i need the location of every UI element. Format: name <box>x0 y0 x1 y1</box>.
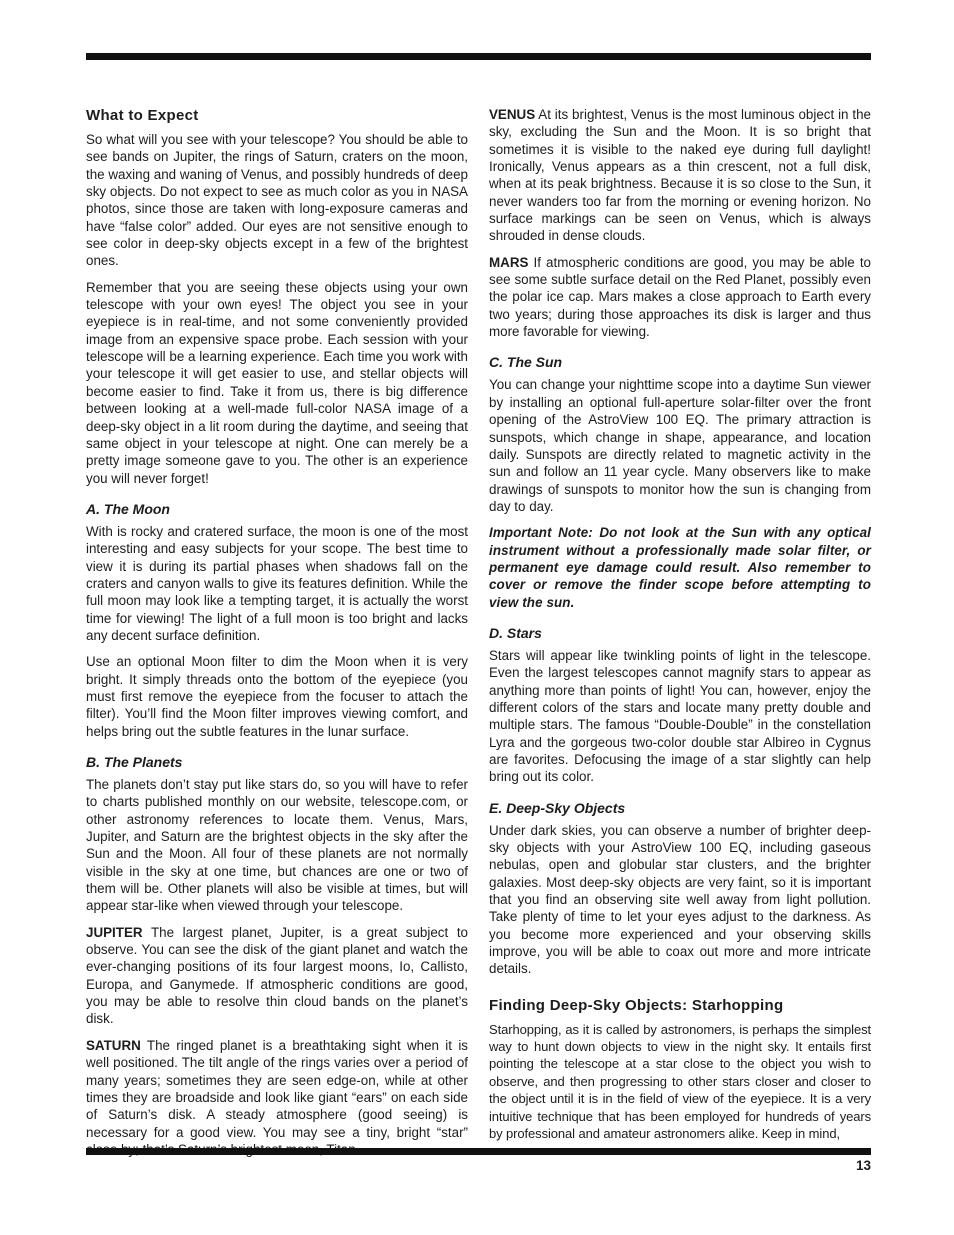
paragraph-jupiter: JUPITER The largest planet, Jupiter, is … <box>86 924 468 1028</box>
jupiter-lead-label: JUPITER <box>86 925 143 940</box>
paragraph-important-note: Important Note: Do not look at the Sun w… <box>489 524 871 611</box>
saturn-text: The ringed planet is a breathtaking sigh… <box>86 1038 468 1157</box>
left-column: What to Expect So what will you see with… <box>86 106 468 1167</box>
page-content: What to Expect So what will you see with… <box>86 106 871 1167</box>
paragraph-moon-1: With is rocky and cratered surface, the … <box>86 523 468 644</box>
top-rule <box>86 53 871 60</box>
heading-starhopping: Finding Deep-Sky Objects: Starhopping <box>489 996 871 1015</box>
paragraph-planets: The planets don’t stay put like stars do… <box>86 776 468 915</box>
page-number: 13 <box>856 1158 871 1173</box>
venus-text: At its brightest, Venus is the most lumi… <box>489 107 871 243</box>
heading-the-sun: C. The Sun <box>489 353 871 371</box>
heading-what-to-expect: What to Expect <box>86 106 468 125</box>
manual-page: What to Expect So what will you see with… <box>0 0 954 1235</box>
paragraph-moon-2: Use an optional Moon filter to dim the M… <box>86 653 468 740</box>
paragraph-mars: MARS If atmospheric conditions are good,… <box>489 254 871 341</box>
paragraph-saturn: SATURN The ringed planet is a breathtaki… <box>86 1037 468 1158</box>
paragraph-deep-sky: Under dark skies, you can observe a numb… <box>489 822 871 978</box>
heading-the-moon: A. The Moon <box>86 500 468 518</box>
mars-lead-label: MARS <box>489 255 528 270</box>
heading-deep-sky-objects: E. Deep-Sky Objects <box>489 799 871 817</box>
right-column: VENUS At its brightest, Venus is the mos… <box>489 106 871 1167</box>
paragraph-expect-1: So what will you see with your telescope… <box>86 131 468 270</box>
venus-lead-label: VENUS <box>489 107 535 122</box>
paragraph-venus: VENUS At its brightest, Venus is the mos… <box>489 106 871 245</box>
saturn-lead-label: SATURN <box>86 1038 141 1053</box>
heading-the-planets: B. The Planets <box>86 753 468 771</box>
paragraph-stars: Stars will appear like twinkling points … <box>489 647 871 786</box>
paragraph-starhopping: Starhopping, as it is called by astronom… <box>489 1021 871 1142</box>
paragraph-sun: You can change your nighttime scope into… <box>489 376 871 515</box>
heading-stars: D. Stars <box>489 624 871 642</box>
paragraph-expect-2: Remember that you are seeing these objec… <box>86 279 468 487</box>
mars-text: If atmospheric conditions are good, you … <box>489 255 871 339</box>
footer-rule <box>86 1148 871 1155</box>
jupiter-text: The largest planet, Jupiter, is a great … <box>86 925 468 1027</box>
